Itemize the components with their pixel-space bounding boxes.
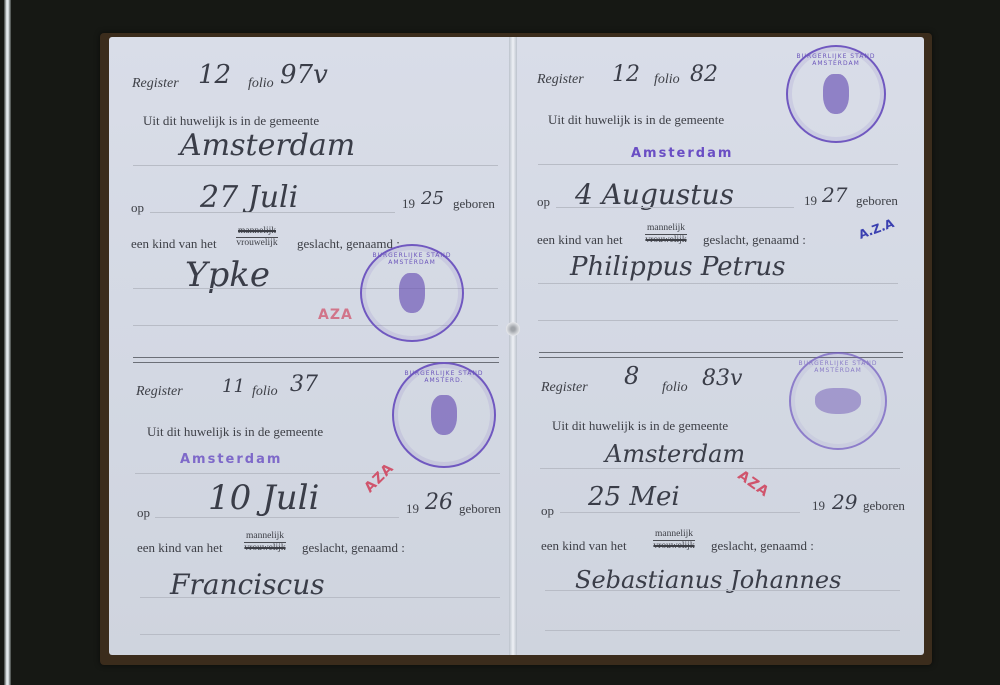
child-prefix: een kind van het — [137, 540, 223, 556]
film-edge — [4, 0, 11, 685]
folio-number: 97v — [280, 60, 328, 90]
sex-male: mannelijk — [653, 529, 695, 541]
civil-registry-seal: BURGERLIJKE STAND AMSTERDAM — [786, 45, 886, 143]
sex-male-struck: mannelijk — [236, 226, 278, 238]
rule — [135, 473, 500, 474]
binding-stitch — [506, 322, 520, 336]
crest-icon — [431, 395, 457, 435]
municipality-stamped: Amsterdam — [180, 452, 282, 467]
sex-choice: mannelijk vrouwelijk — [653, 529, 695, 552]
rule — [556, 207, 794, 208]
rule — [538, 283, 898, 284]
rule — [545, 630, 900, 631]
born-label: geboren — [453, 196, 495, 212]
child-suffix: geslacht, genaamd : — [302, 540, 405, 556]
born-label: geboren — [459, 501, 501, 517]
municipality-line: Uit dit huwelijk is in de gemeente — [143, 113, 319, 129]
rule — [545, 590, 900, 591]
rule — [150, 212, 395, 213]
child-name: Philippus Petrus — [570, 252, 786, 282]
register-number: 12 — [612, 62, 640, 87]
register-number: 12 — [198, 60, 231, 90]
sex-male: mannelijk — [244, 531, 286, 543]
register-label: Register — [537, 72, 584, 88]
on-label: op — [541, 503, 554, 519]
child-prefix: een kind van het — [131, 236, 217, 252]
rule — [538, 164, 898, 165]
birth-date: 27 Juli — [200, 180, 298, 215]
child-prefix: een kind van het — [541, 538, 627, 554]
birth-year: 26 — [425, 490, 453, 515]
folio-number: 83v — [702, 366, 742, 391]
register-label: Register — [132, 76, 179, 92]
civil-registry-seal: BURGERLIJKE STAND AMSTERD. — [392, 362, 496, 468]
century-prefix: 19 — [812, 498, 825, 514]
sex-choice: mannelijk vrouwelijk — [244, 531, 286, 554]
child-suffix: geslacht, genaamd : — [711, 538, 814, 554]
rule — [133, 165, 498, 166]
birth-date: 10 Juli — [208, 478, 319, 518]
child-suffix: geslacht, genaamd : — [297, 236, 400, 252]
municipality-line: Uit dit huwelijk is in de gemeente — [147, 424, 323, 440]
register-label: Register — [541, 380, 588, 396]
century-prefix: 19 — [804, 193, 817, 209]
birth-year: 29 — [832, 490, 857, 514]
rule — [538, 320, 898, 321]
sex-female-struck: vrouwelijk — [653, 541, 695, 552]
born-label: geboren — [856, 193, 898, 209]
on-label: op — [537, 194, 550, 210]
sex-female-struck: vrouwelijk — [244, 543, 286, 554]
sex-choice: mannelijk vrouwelijk — [236, 226, 278, 249]
sex-choice: mannelijk vrouwelijk — [645, 223, 687, 246]
register-number: 11 — [222, 376, 245, 397]
folio-label: folio — [654, 72, 680, 88]
crest-icon — [815, 388, 861, 414]
aza-mark: AZA — [318, 307, 353, 323]
on-label: op — [131, 200, 144, 216]
register-number: 8 — [624, 362, 639, 390]
sex-female: vrouwelijk — [236, 238, 278, 249]
rule — [140, 597, 500, 598]
booklet-spine — [509, 37, 517, 655]
century-prefix: 19 — [406, 501, 419, 517]
rule — [155, 517, 399, 518]
born-label: geboren — [863, 498, 905, 514]
folio-number: 37 — [290, 372, 318, 397]
municipality-handwritten: Amsterdam — [605, 440, 745, 468]
municipality-handwritten: Amsterdam — [180, 128, 355, 163]
sex-female-struck: vrouwelijk — [645, 235, 687, 246]
civil-registry-seal: BURGERLIJKE STAND AMSTERDAM — [789, 352, 887, 450]
municipality-line: Uit dit huwelijk is in de gemeente — [552, 418, 728, 434]
crest-icon — [823, 74, 849, 114]
folio-number: 82 — [690, 62, 718, 87]
child-prefix: een kind van het — [537, 232, 623, 248]
child-suffix: geslacht, genaamd : — [703, 232, 806, 248]
municipality-line: Uit dit huwelijk is in de gemeente — [548, 112, 724, 128]
crest-icon — [399, 273, 425, 313]
birth-year: 27 — [822, 183, 847, 207]
rule — [540, 468, 900, 469]
rule — [140, 634, 500, 635]
folio-label: folio — [248, 76, 274, 92]
register-label: Register — [136, 384, 183, 400]
on-label: op — [137, 505, 150, 521]
birth-year: 25 — [421, 188, 444, 209]
rule — [560, 512, 800, 513]
sex-male: mannelijk — [645, 223, 687, 235]
civil-registry-seal: BURGERLIJKE STAND AMSTERDAM — [360, 244, 464, 342]
century-prefix: 19 — [402, 196, 415, 212]
birth-date: 25 Mei — [588, 482, 680, 512]
folio-label: folio — [252, 384, 278, 400]
folio-label: folio — [662, 380, 688, 396]
child-name: Ypke — [185, 255, 270, 295]
municipality-stamped: Amsterdam — [631, 146, 733, 161]
